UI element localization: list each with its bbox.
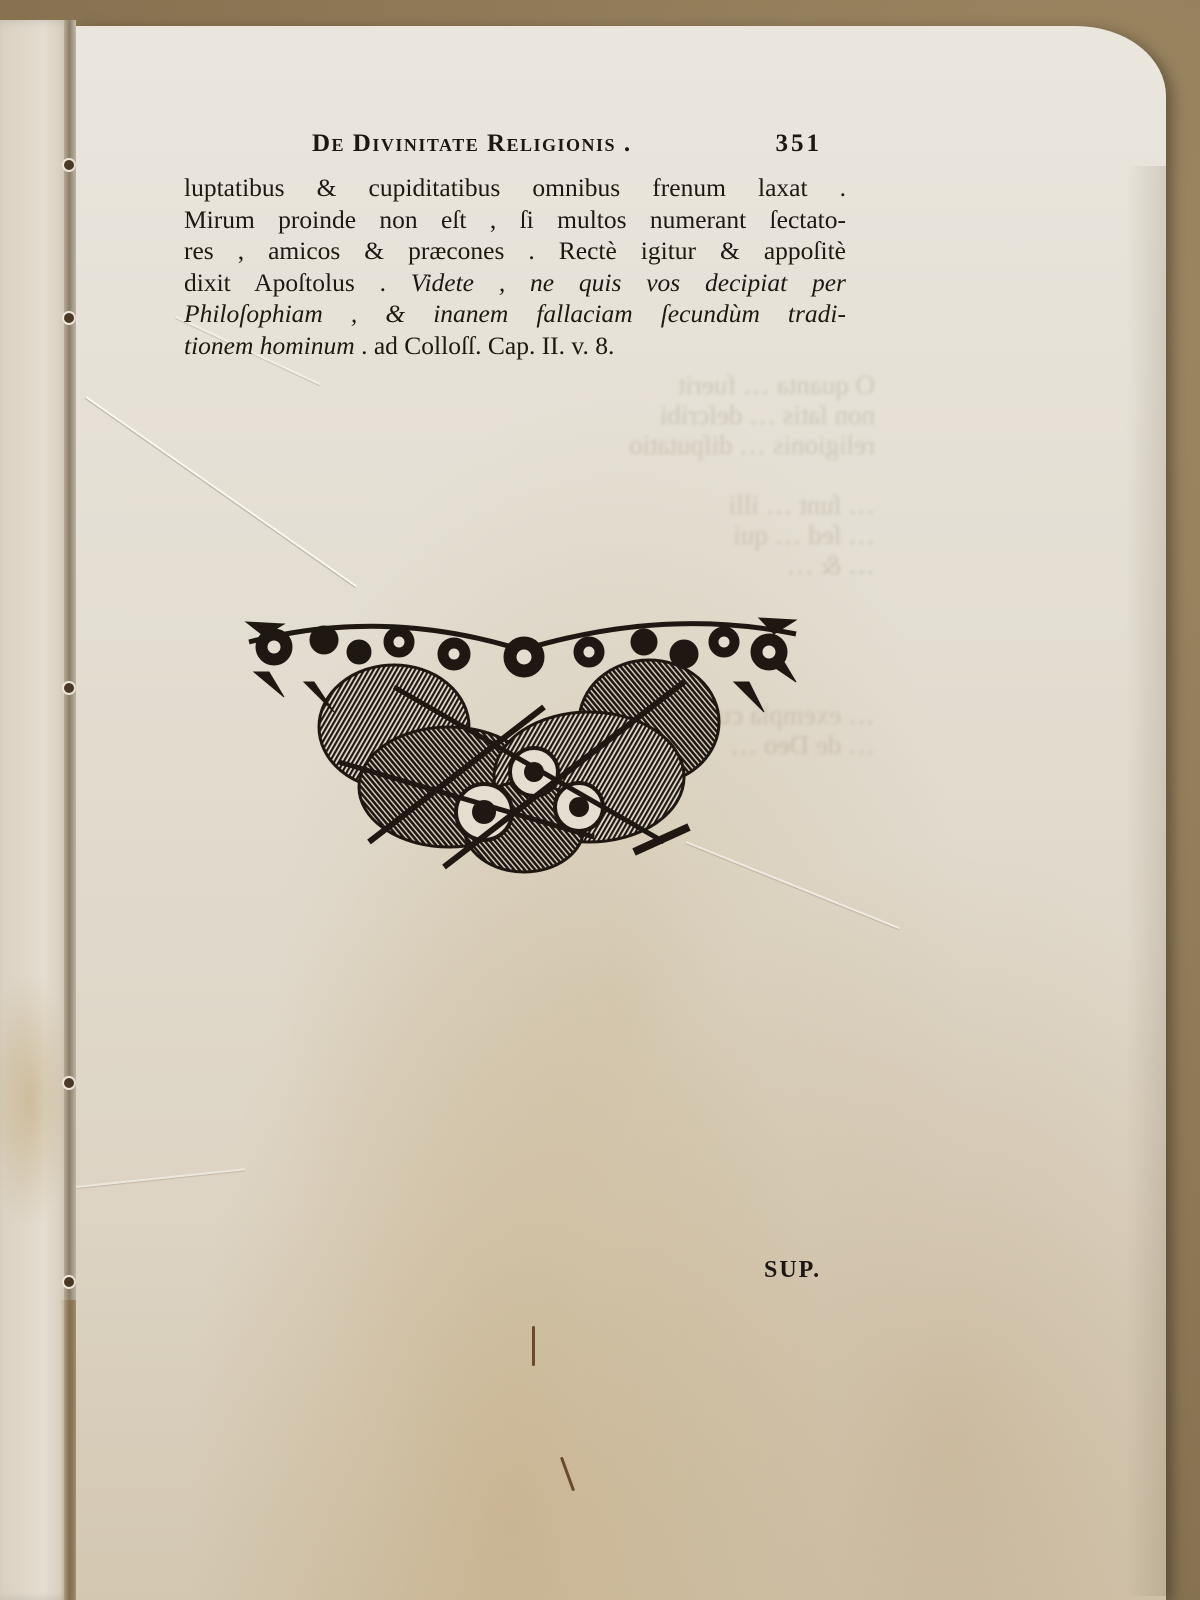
text-line: tionem hominum . ad Colloſſ. Cap. II. v.… <box>184 330 846 362</box>
stitch-hole <box>64 1277 74 1287</box>
text-segment: Mirum proinde non eſt , ſi multos numera… <box>184 205 846 234</box>
floral-tailpiece-ornament-icon <box>244 612 800 884</box>
text-segment: dixit Apoſtolus . <box>184 268 411 297</box>
text-line: Philoſophiam , & inanem fallaciam ſecund… <box>184 298 846 330</box>
ink-stain <box>560 1457 575 1492</box>
text-line: res , amicos & præcones . Rectè igitur &… <box>184 235 846 267</box>
stitch-hole <box>64 160 74 170</box>
ink-stain <box>532 1326 535 1366</box>
text-line: luptatibus & cupiditatibus omnibus frenu… <box>184 172 846 204</box>
running-title: De Divinitate Religionis . <box>312 130 632 158</box>
paper-crease <box>76 1168 245 1188</box>
stitch-hole <box>64 1078 74 1088</box>
text-segment: res , amicos & præcones . Rectè igitur &… <box>184 236 846 265</box>
page-number: 351 <box>776 130 823 158</box>
scripture-quote: Videte , ne quis vos decipiat per <box>411 268 846 297</box>
stitch-hole <box>64 683 74 693</box>
stitch-hole <box>64 313 74 323</box>
body-text: luptatibus & cupiditatibus omnibus frenu… <box>184 172 846 361</box>
text-line: dixit Apoſtolus . Videte , ne quis vos d… <box>184 267 846 299</box>
citation: . ad Colloſſ. Cap. II. v. 8. <box>355 331 615 360</box>
running-header: De Divinitate Religionis . 351 <box>312 130 822 158</box>
scripture-quote: Philoſophiam , & inanem fallaciam ſecund… <box>184 299 846 328</box>
text-segment: luptatibus & cupiditatibus omnibus frenu… <box>184 173 846 202</box>
text-line: Mirum proinde non eſt , ſi multos numera… <box>184 204 846 236</box>
catchword: SUP. <box>764 1257 821 1284</box>
page-edge-shadow <box>1126 166 1166 1596</box>
scripture-quote: tionem hominum <box>184 331 355 360</box>
